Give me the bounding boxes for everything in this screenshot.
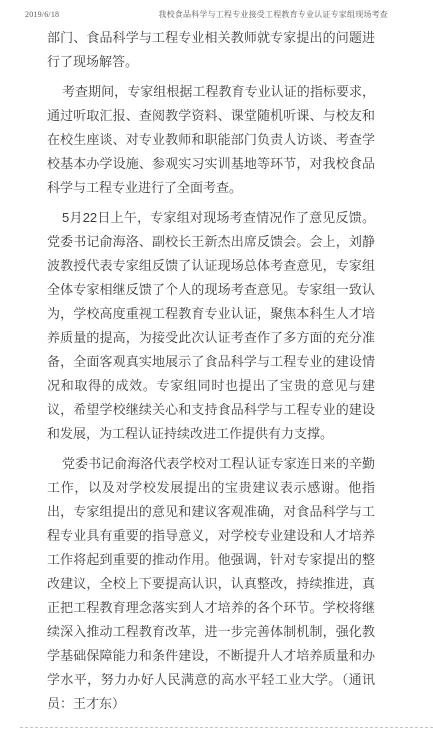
print-header: 2019/6/18 我校食品科学与工程专业接受工程教育专业认证专家组现场考查	[25, 10, 388, 20]
article-paragraph: 党委书记俞海洛代表学校对工程认证专家连日来的辛勤工作，以及对学校发展提出的宝贵建…	[47, 452, 375, 716]
article-paragraph: 5月22日上午，专家组对现场考查情况作了意见反馈。党委书记俞海洛、副校长王新杰出…	[47, 206, 375, 446]
article-body: 部门、食品科学与工程专业相关教师就专家提出的问题进行了现场解答。 考查期间，专家…	[47, 26, 375, 722]
article-paragraph: 部门、食品科学与工程专业相关教师就专家提出的问题进行了现场解答。	[47, 26, 375, 74]
page-break-divider	[20, 727, 433, 728]
article-paragraph: 考查期间，专家组根据工程教育专业认证的指标要求，通过听取汇报、查阅教学资料、课堂…	[47, 80, 375, 200]
print-preview-page: 2019/6/18 我校食品科学与工程专业接受工程教育专业认证专家组现场考查 部…	[0, 0, 433, 730]
print-header-date: 2019/6/18	[25, 10, 59, 20]
print-header-title: 我校食品科学与工程专业接受工程教育专业认证专家组现场考查	[158, 10, 388, 20]
